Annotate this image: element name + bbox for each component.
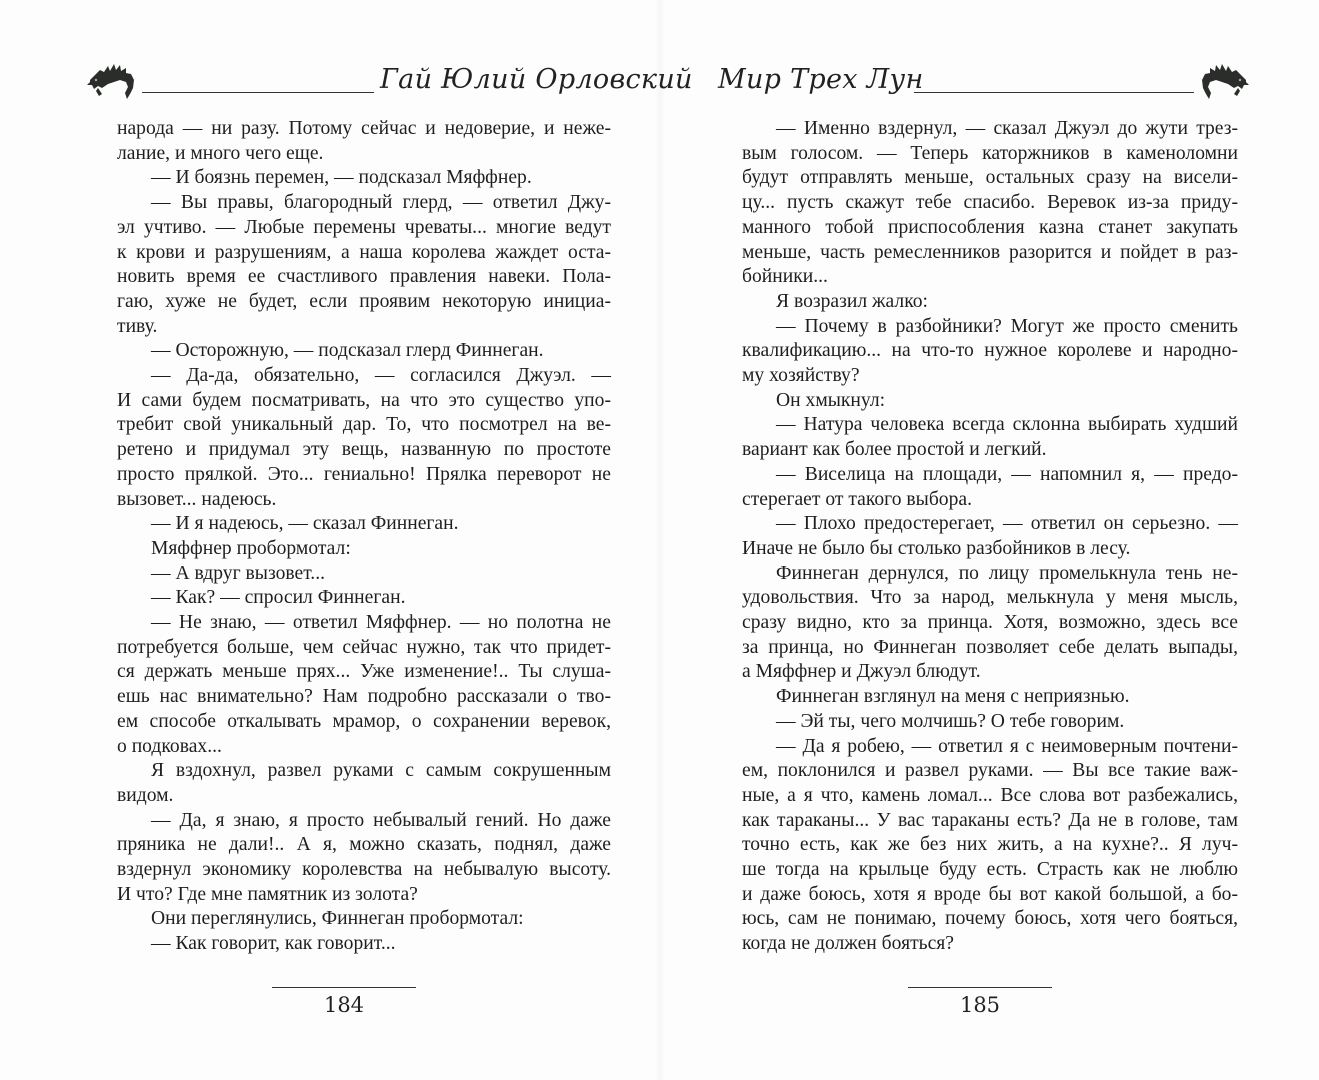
text-line: квалификацию... на что-то нужное королев… [742, 338, 1238, 364]
text-line: — Да-да, обязательно, — согласился Джуэл… [117, 363, 611, 389]
text-line: — Вы правы, благородный глерд, — ответил… [117, 190, 611, 216]
text-line: меньше, часть ремесленников разорится и … [742, 240, 1238, 266]
page-number: 184 [274, 993, 414, 1017]
text-line: — И боязнь перемен, — подсказал Мяффнер. [117, 165, 611, 191]
running-head-rule [142, 92, 374, 93]
text-line: к крови и разрушениям, а наша королева ж… [117, 240, 611, 266]
text-line: ем способе откалывать мрамор, о сохранен… [117, 709, 611, 735]
text-line: Финнеган взглянул на меня с неприязнью. [742, 684, 1238, 710]
text-line: Финнеган дернулся, по лицу промелькнула … [742, 561, 1238, 587]
text-line: Мяффнер пробормотал: [117, 536, 611, 562]
text-line: И сами будем посматривать, на что это су… [117, 388, 611, 414]
text-line: гаю, хуже не будет, если проявим некотор… [117, 289, 611, 315]
text-line: Я вздохнул, развел руками с самым сокруш… [117, 758, 611, 784]
text-line: — Не знаю, — ответил Мяффнер. — но полот… [117, 610, 611, 636]
text-line: — Да, я знаю, я просто небывалый гений. … [117, 808, 611, 834]
text-line: будут отправлять меньше, остальных сразу… [742, 165, 1238, 191]
text-line: манного тобой приспособления казна стане… [742, 215, 1238, 241]
text-line: видом. [117, 783, 611, 809]
book-spread: Гай Юлий Орловский народа — ни разу. Пот… [0, 0, 1319, 1080]
text-line: Они переглянулись, Финнеган пробормотал: [117, 906, 611, 932]
dragon-ornament-icon [1196, 58, 1252, 102]
text-line: ные, а я что, камень ломал... Все слова … [742, 783, 1238, 809]
text-line: когда не должен бояться? [742, 931, 1238, 957]
page-number: 185 [910, 993, 1050, 1017]
text-line: вздернул экономику королевства на небыва… [117, 857, 611, 883]
text-line: потребуется больше, чем сейчас нужно, та… [117, 635, 611, 661]
left-running-head: Гай Юлий Орловский [84, 58, 614, 108]
text-line: просто прялкой. Это... гениально! Прялка… [117, 462, 611, 488]
text-line: пряника не дали!.. А я, можно сказать, п… [117, 832, 611, 858]
running-head-author: Гай Юлий Орловский [380, 64, 693, 95]
text-line: И что? Где мне памятник из золота? [117, 882, 611, 908]
running-head-book-title: Мир Трех Лун [718, 64, 924, 95]
text-line: Иначе не было бы столько разбойников в л… [742, 536, 1238, 562]
text-line: — Как говорит, как говорит... [117, 931, 611, 957]
text-line: вариант как более простой и легкий. [742, 437, 1238, 463]
right-running-head: Мир Трех Лун [718, 58, 1258, 108]
text-line: — И я надеюсь, — сказал Финнеган. [117, 511, 611, 537]
text-line: — Осторожную, — подсказал глерд Финнеган… [117, 338, 611, 364]
left-page: Гай Юлий Орловский народа — ни разу. Пот… [0, 0, 660, 1080]
text-line: вызовет... надеюсь. [117, 487, 611, 513]
text-line: — Именно вздернул, — сказал Джуэл до жут… [742, 116, 1238, 142]
text-line: удовольствия. Что за народ, мелькнула у … [742, 585, 1238, 611]
text-line: новить время ее счастливого правления на… [117, 264, 611, 290]
text-line: — Да я робею, — ответил я с неимоверным … [742, 734, 1238, 760]
folio-rule [272, 987, 416, 988]
text-line: ше тогда на крыльце буду есть. Страсть к… [742, 857, 1238, 883]
text-line: ретено и придумал эту вещь, названную по… [117, 437, 611, 463]
text-line: Я возразил жалко: [742, 289, 1238, 315]
text-line: за принца, но Финнеган позволяет себе де… [742, 635, 1238, 661]
text-line: бойники... [742, 264, 1238, 290]
text-line: юсь, сам не понимаю, почему боюсь, хотя … [742, 906, 1238, 932]
text-line: — Как? — спросил Финнеган. [117, 585, 611, 611]
text-line: — А вдруг вызовет... [117, 561, 611, 587]
text-line: как тараканы... У вас тараканы есть? Да … [742, 808, 1238, 834]
text-line: ся держать меньше прях... Уже изменение!… [117, 659, 611, 685]
text-line: точно есть, как же без них жить, а на ку… [742, 832, 1238, 858]
text-line: требит свой уникальный дар. То, что посм… [117, 412, 611, 438]
running-head-rule [914, 92, 1194, 93]
text-line: — Почему в разбойники? Могут же просто с… [742, 314, 1238, 340]
dragon-ornament-icon [84, 58, 140, 102]
text-line: — Натура человека всегда склонна выбират… [742, 412, 1238, 438]
text-line: ешь нас внимательно? Нам подробно расска… [117, 684, 611, 710]
right-page: Мир Трех Лун — Именно вздернул, — сказал… [660, 0, 1319, 1080]
text-line: тиву. [117, 314, 611, 340]
text-line: стерегает от такого выбора. [742, 487, 1238, 513]
text-line: эл учтиво. — Любые перемены чреваты... м… [117, 215, 611, 241]
text-line: — Плохо предостерегает, — ответил он сер… [742, 511, 1238, 537]
text-line: — Эй ты, чего молчишь? О тебе говорим. [742, 709, 1238, 735]
text-line: вым голосом. — Теперь каторжников в каме… [742, 141, 1238, 167]
text-line: о подковах... [117, 734, 611, 760]
text-line: народа — ни разу. Потому сейчас и недове… [117, 116, 611, 142]
text-line: му хозяйству? [742, 363, 1238, 389]
text-line: ем, поклонился и развел руками. — Вы все… [742, 758, 1238, 784]
text-line: сразу видно, кто за принца. Хотя, возмож… [742, 610, 1238, 636]
text-line: и даже боюсь, хотя я вроде бы вот какой … [742, 882, 1238, 908]
text-line: Он хмыкнул: [742, 388, 1238, 414]
folio-rule [908, 987, 1052, 988]
text-line: цу... пусть скажут тебе спасибо. Веревок… [742, 190, 1238, 216]
text-line: а Мяффнер и Джуэл блюдут. [742, 659, 1238, 685]
text-line: — Виселица на площади, — напомнил я, — п… [742, 462, 1238, 488]
text-line: лание, и много чего еще. [117, 141, 611, 167]
